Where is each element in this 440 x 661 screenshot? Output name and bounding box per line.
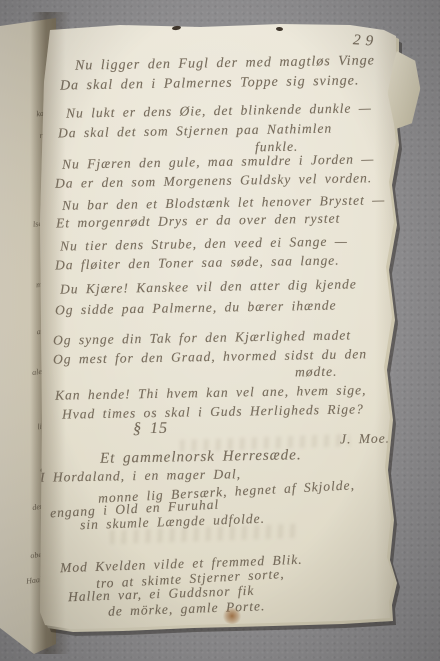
margin-text-fragment: e: [4, 466, 45, 479]
manuscript-line-continuation: mødte.: [295, 365, 338, 379]
margin-text-fragment: Haab: [4, 576, 45, 589]
manuscript-line: Og sidde paa Palmerne, du bærer ihænde: [55, 299, 337, 317]
margin-text-fragment: den: [4, 503, 45, 516]
margin-text-fragment: ka: [4, 110, 45, 123]
manuscript-line: Nu Fjæren den gule, maa smuldre i Jorden…: [62, 152, 375, 171]
manuscript-line: Nu lukt er dens Øie, det blinkende dunkl…: [66, 101, 372, 120]
manuscript-line: Da er den som Morgenens Guldsky vel vord…: [55, 171, 372, 190]
margin-text-fragment: r.: [4, 132, 45, 145]
manuscript-line: Da skal det som Stjernen paa Nathimlen: [58, 122, 332, 140]
margin-text-fragment: ar: [4, 328, 45, 341]
page-number: 29: [353, 33, 379, 50]
manuscript-line: Da skal den i Palmernes Toppe sig svinge…: [60, 74, 360, 93]
manuscript-line: Kan hende! Thi hvem kan vel ane, hvem si…: [55, 383, 367, 402]
manuscript-line: Nu ligger den Fugl der med magtløs Vinge: [75, 54, 375, 73]
manuscript-line: Da fløiter den Toner saa søde, saa lange…: [55, 254, 340, 272]
margin-text-fragment: m.: [4, 281, 45, 294]
manuscript-photo: ka r. lse. m. ar ale. li, e den - obe, H…: [0, 0, 440, 661]
paper-speck: [276, 27, 283, 32]
manuscript-line: Nu bar den et Blodstænk let henover Brys…: [62, 193, 385, 212]
margin-text-fragment: lse.: [4, 220, 45, 233]
manuscript-line: Og synge din Tak for den Kjærlighed made…: [53, 328, 351, 347]
margin-text-fragment: li,: [4, 423, 45, 436]
manuscript-line: Nu tier dens Strube, den veed ei Sange —: [60, 234, 348, 253]
manuscript-page: 29 Nu ligger den Fugl der med magtløs Vi…: [40, 22, 408, 632]
manuscript-line: I Hordaland, i en mager Dal,: [40, 467, 241, 484]
margin-text-fragment: obe,: [4, 551, 45, 564]
manuscript-line: Et morgenrødt Drys er da over den rystet: [56, 212, 341, 230]
manuscript-line: Hvad times os skal i Guds Herligheds Rig…: [62, 402, 364, 421]
paper-stain: [222, 608, 242, 624]
margin-text-fragment: ale.: [4, 368, 45, 381]
manuscript-line: Du Kjære! Kanskee vil den atter dig kjen…: [60, 277, 357, 296]
margin-text-fragment: -: [4, 526, 45, 539]
section-mark: § 15: [133, 421, 168, 438]
